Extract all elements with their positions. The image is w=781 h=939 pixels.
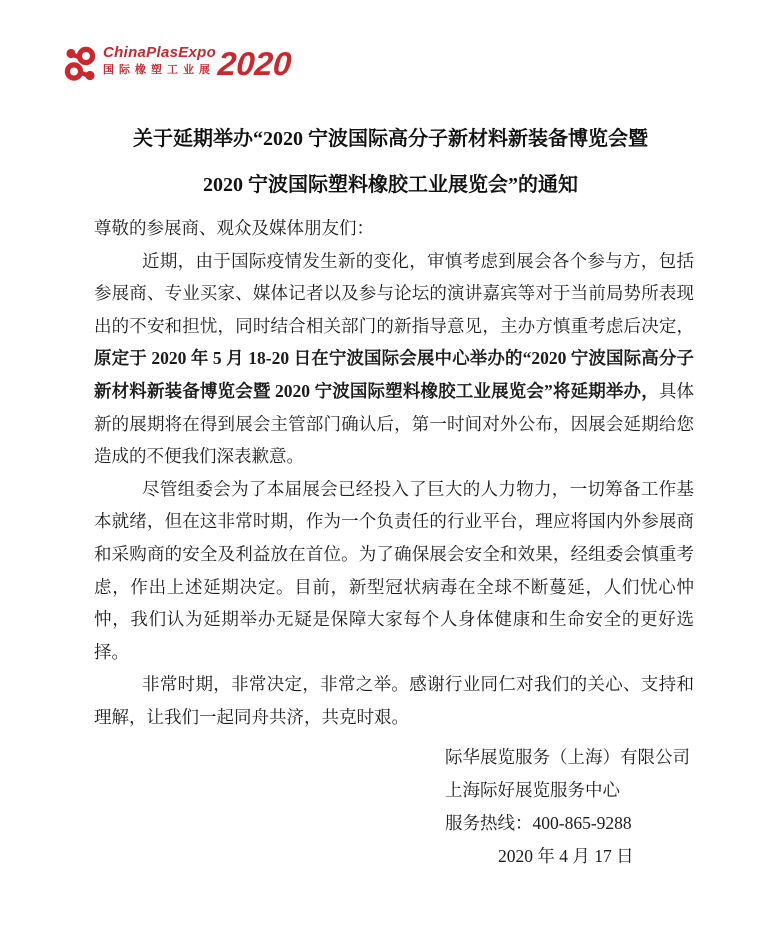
- chain-links-icon: [62, 44, 99, 84]
- signature-hotline: 服务热线：400-865-9288: [445, 807, 690, 840]
- logo-year: 2020: [217, 46, 293, 82]
- notice-body: 尊敬的参展商、观众及媒体朋友们： 近期，由于国际疫情发生新的变化，审慎考虑到展会…: [94, 212, 694, 734]
- paragraph-postponement: 近期，由于国际疫情发生新的变化，审慎考虑到展会各个参与方，包括参展商、专业买家、…: [94, 245, 694, 473]
- paragraph-reasoning: 尽管组委会为了本届展会已经投入了巨大的人力物力，一切筹备工作基本就绪，但在这非常…: [94, 473, 694, 669]
- notice-document-page: ChinaPlasExpo 国际橡塑工业展 2020 关于延期举办“2020 宁…: [0, 0, 781, 939]
- notice-title-line2: 2020 宁波国际塑料橡胶工业展览会”的通知: [203, 174, 578, 196]
- paragraph-closing: 非常时期，非常决定，非常之举。感谢行业同仁对我们的关心、支持和理解，让我们一起同…: [94, 668, 694, 733]
- chinaplasexpo-logo: ChinaPlasExpo 国际橡塑工业展 2020: [62, 44, 292, 84]
- signature-company-2: 上海际好展览服务中心: [445, 774, 690, 807]
- logo-name-en: ChinaPlasExpo: [103, 44, 216, 61]
- logo-name-cn: 国际橡塑工业展: [103, 64, 216, 77]
- signature-block: 际华展览服务（上海）有限公司 上海际好展览服务中心 服务热线：400-865-9…: [445, 741, 690, 873]
- signature-company-1: 际华展览服务（上海）有限公司: [445, 741, 690, 774]
- salutation: 尊敬的参展商、观众及媒体朋友们：: [94, 212, 694, 245]
- paragraph-postponement-bold: 原定于 2020 年 5 月 18-20 日在宁波国际会展中心举办的“2020 …: [94, 348, 694, 401]
- notice-title: 关于延期举办“2020 宁波国际高分子新材料新装备博览会暨 2020 宁波国际塑…: [0, 116, 781, 208]
- logo-text-block: ChinaPlasExpo 国际橡塑工业展: [103, 44, 216, 77]
- notice-title-line1: 关于延期举办“2020 宁波国际高分子新材料新装备博览会暨: [133, 128, 648, 150]
- paragraph-postponement-pre: 近期，由于国际疫情发生新的变化，审慎考虑到展会各个参与方，包括参展商、专业买家、…: [94, 251, 694, 336]
- signature-date: 2020 年 4 月 17 日: [498, 840, 690, 873]
